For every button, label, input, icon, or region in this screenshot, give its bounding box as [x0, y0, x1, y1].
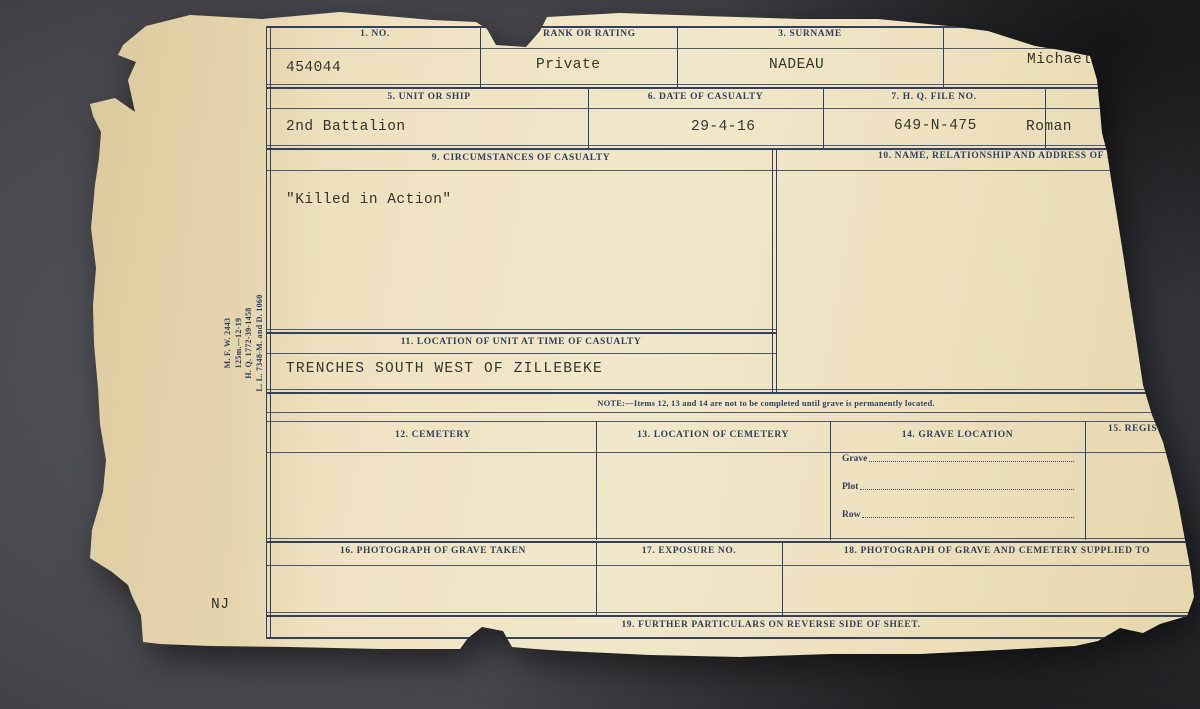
dotted-leader	[860, 481, 1074, 490]
grid-line	[266, 170, 1200, 171]
paper-shadow: 1. NO. RANK OR RATING 3. SURNAME 5. UNIT…	[0, 0, 1200, 709]
value-unit: 2nd Battalion	[286, 119, 406, 135]
value-rank: Private	[536, 57, 600, 73]
stamp-line: M. F. W. 2443	[223, 285, 234, 401]
field-label-no: 1. NO.	[270, 29, 480, 39]
grid-line	[266, 329, 776, 330]
grid-line	[266, 612, 1200, 613]
printers-stamp: M. F. W. 2443 125m.—12-19 H. Q. 1772-39-…	[223, 285, 265, 401]
field-label-unit: 5. UNIT OR SHIP	[270, 92, 588, 102]
grid-line	[266, 615, 1200, 617]
value-christian-name: Michael	[1027, 52, 1091, 68]
grid-line	[266, 26, 267, 639]
form-note: NOTE:—Items 12, 13 and 14 are not to be …	[266, 398, 1200, 408]
grid-line	[480, 26, 481, 89]
grid-line	[266, 48, 1200, 49]
value-annotation-nj: NJ	[211, 597, 229, 613]
dotted-leader	[869, 453, 1074, 462]
grave-label: Grave	[842, 454, 867, 464]
grave-line: Grave	[842, 453, 1074, 464]
field-label-cemetery: 12. CEMETERY	[270, 430, 596, 440]
scanned-document-background: 1. NO. RANK OR RATING 3. SURNAME 5. UNIT…	[0, 0, 1200, 709]
field-label-date-of-casualty: 6. DATE OF CASUALTY	[588, 92, 823, 102]
field-label-location-of-cemetery: 13. LOCATION OF CEMETERY	[596, 430, 830, 440]
field-label-further-particulars: 19. FURTHER PARTICULARS ON REVERSE SIDE …	[266, 620, 1200, 630]
grid-line	[266, 353, 776, 354]
grid-line	[266, 87, 1200, 89]
field-label-register: 15. REGISTE	[1108, 424, 1171, 434]
grid-line	[266, 421, 1200, 422]
grid-line	[266, 26, 1200, 28]
field-label-circumstances: 9. CIRCUMSTANCES OF CASUALTY	[270, 153, 772, 163]
field-label-photo-taken: 16. PHOTOGRAPH OF GRAVE TAKEN	[270, 546, 596, 556]
grid-line	[266, 108, 1200, 109]
field-label-surname: 3. SURNAME	[677, 29, 943, 39]
grid-line	[266, 145, 1200, 146]
grid-line	[943, 26, 944, 89]
stamp-line: H. Q. 1772-39-1458	[244, 285, 255, 401]
grid-line	[266, 389, 1200, 390]
stamp-line: L. L. 7348-M. and D. 1060	[255, 285, 266, 401]
field-label-location-of-unit: 11. LOCATION OF UNIT AT TIME OF CASUALTY	[270, 337, 772, 347]
grid-line	[772, 150, 773, 393]
dotted-leader	[862, 509, 1074, 518]
value-hq-file-no: 649-N-475	[894, 118, 977, 134]
grid-line	[266, 392, 1200, 394]
row-line: Row	[842, 509, 1074, 520]
field-label-rank: RANK OR RATING	[543, 29, 636, 39]
grid-line	[266, 148, 1200, 150]
grid-line	[266, 541, 1200, 543]
plot-label: Plot	[842, 482, 858, 492]
field-label-next-of-kin: 10. NAME, RELATIONSHIP AND ADDRESS OF NE…	[878, 151, 1135, 161]
value-circumstances: "Killed in Action"	[286, 192, 452, 208]
value-religion: Roman	[1026, 119, 1072, 135]
value-surname: NADEAU	[769, 57, 824, 73]
value-service-number: 454044	[286, 60, 341, 76]
grid-line	[266, 332, 776, 334]
field-label-photo-supplied: 18. PHOTOGRAPH OF GRAVE AND CEMETERY SUP…	[782, 546, 1200, 556]
field-label-exposure-no: 17. EXPOSURE NO.	[596, 546, 782, 556]
grid-line	[266, 84, 1200, 85]
grid-line	[1085, 421, 1086, 540]
field-label-hq-file-no: 7. H. Q. FILE NO.	[823, 92, 1045, 102]
grid-line	[776, 150, 777, 393]
value-date-of-casualty: 29-4-16	[691, 119, 755, 135]
grid-line	[266, 412, 1200, 413]
grid-line	[266, 538, 1200, 539]
plot-line: Plot	[842, 481, 1074, 492]
torn-record-card: 1. NO. RANK OR RATING 3. SURNAME 5. UNIT…	[0, 0, 1200, 709]
grid-line	[266, 565, 1200, 566]
stamp-line: 125m.—12-19	[234, 285, 245, 401]
value-location-of-unit: TRENCHES SOUTH WEST OF ZILLEBEKE	[286, 361, 603, 377]
row-label: Row	[842, 510, 860, 520]
field-label-grave-location: 14. GRAVE LOCATION	[830, 430, 1085, 440]
grid-line	[266, 637, 1200, 639]
